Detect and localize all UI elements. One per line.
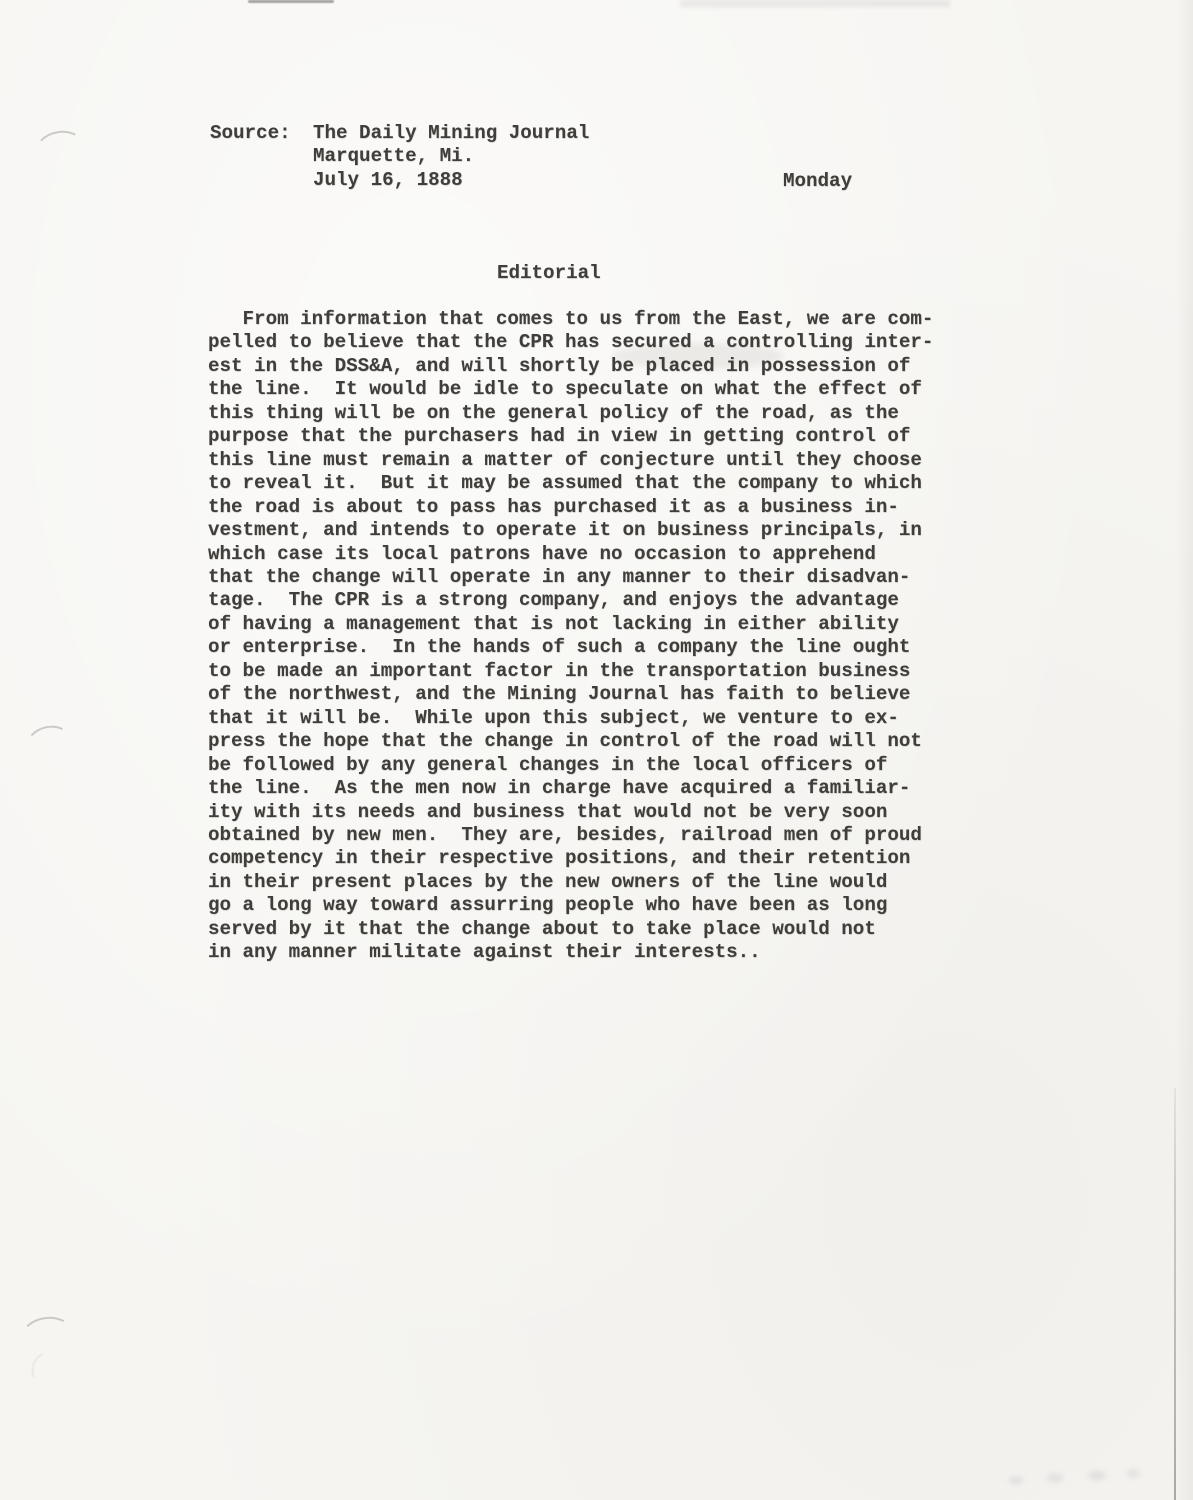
holepunch-mark-bottom-trace bbox=[27, 1347, 73, 1393]
text-line: to reveal it. But it may be assumed that… bbox=[208, 472, 933, 495]
weekday: Monday bbox=[783, 170, 852, 193]
text-line: be followed by any general changes in th… bbox=[208, 754, 933, 777]
article-title: Editorial bbox=[497, 262, 601, 285]
text-line: obtained by new men. They are, besides, … bbox=[208, 824, 933, 847]
journal-name: The Daily Mining Journal bbox=[313, 122, 589, 145]
holepunch-mark-middle bbox=[24, 722, 74, 762]
text-line: purpose that the purchasers had in view … bbox=[208, 425, 933, 448]
text-line: vestment, and intends to operate it on b… bbox=[208, 519, 933, 542]
text-line: est in the DSS&A, and will shortly be pl… bbox=[208, 355, 933, 378]
text-line: press the hope that the change in contro… bbox=[208, 730, 933, 753]
text-line: which case its local patrons have no occ… bbox=[208, 543, 933, 566]
journal-location: Marquette, Mi. bbox=[313, 145, 474, 168]
document-page: Source: The Daily Mining Journal Marquet… bbox=[0, 0, 1193, 1500]
text-line: that it will be. While upon this subject… bbox=[208, 707, 933, 730]
text-line: pelled to believe that the CPR has secur… bbox=[208, 331, 933, 354]
text-line: to be made an important factor in the tr… bbox=[208, 660, 933, 683]
text-line: of the northwest, and the Mining Journal… bbox=[208, 683, 933, 706]
text-line: in any manner militate against their int… bbox=[208, 941, 933, 964]
text-line: of having a management that is not lacki… bbox=[208, 613, 933, 636]
text-line: or enterprise. In the hands of such a co… bbox=[208, 636, 933, 659]
text-line: in their present places by the new owner… bbox=[208, 871, 933, 894]
text-line: this line must remain a matter of conjec… bbox=[208, 449, 933, 472]
paper-edge-shading bbox=[1176, 0, 1193, 1500]
text-line: the line. As the men now in charge have … bbox=[208, 777, 933, 800]
article-body: From information that comes to us from t… bbox=[208, 308, 933, 965]
text-line: the road is about to pass has purchased … bbox=[208, 496, 933, 519]
scan-top-edge-mark bbox=[248, 0, 334, 3]
holepunch-mark-bottom bbox=[20, 1314, 74, 1355]
source-label: Source: bbox=[210, 122, 291, 145]
paper-edge-line bbox=[1174, 1088, 1176, 1500]
text-line: tage. The CPR is a strong company, and e… bbox=[208, 589, 933, 612]
bleedthrough-mark bbox=[998, 1460, 1148, 1494]
text-line: go a long way toward assurring people wh… bbox=[208, 894, 933, 917]
journal-date: July 16, 1888 bbox=[313, 169, 463, 192]
text-line: the line. It would be idle to speculate … bbox=[208, 378, 933, 401]
text-line: ity with its needs and business that wou… bbox=[208, 801, 933, 824]
text-line: that the change will operate in any mann… bbox=[208, 566, 933, 589]
text-line: served by it that the change about to ta… bbox=[208, 918, 933, 941]
text-line: this thing will be on the general policy… bbox=[208, 402, 933, 425]
scan-top-edge-haze bbox=[680, 0, 950, 7]
text-line: From information that comes to us from t… bbox=[208, 308, 933, 331]
text-line: competency in their respective positions… bbox=[208, 847, 933, 870]
holepunch-mark-top bbox=[33, 127, 86, 169]
